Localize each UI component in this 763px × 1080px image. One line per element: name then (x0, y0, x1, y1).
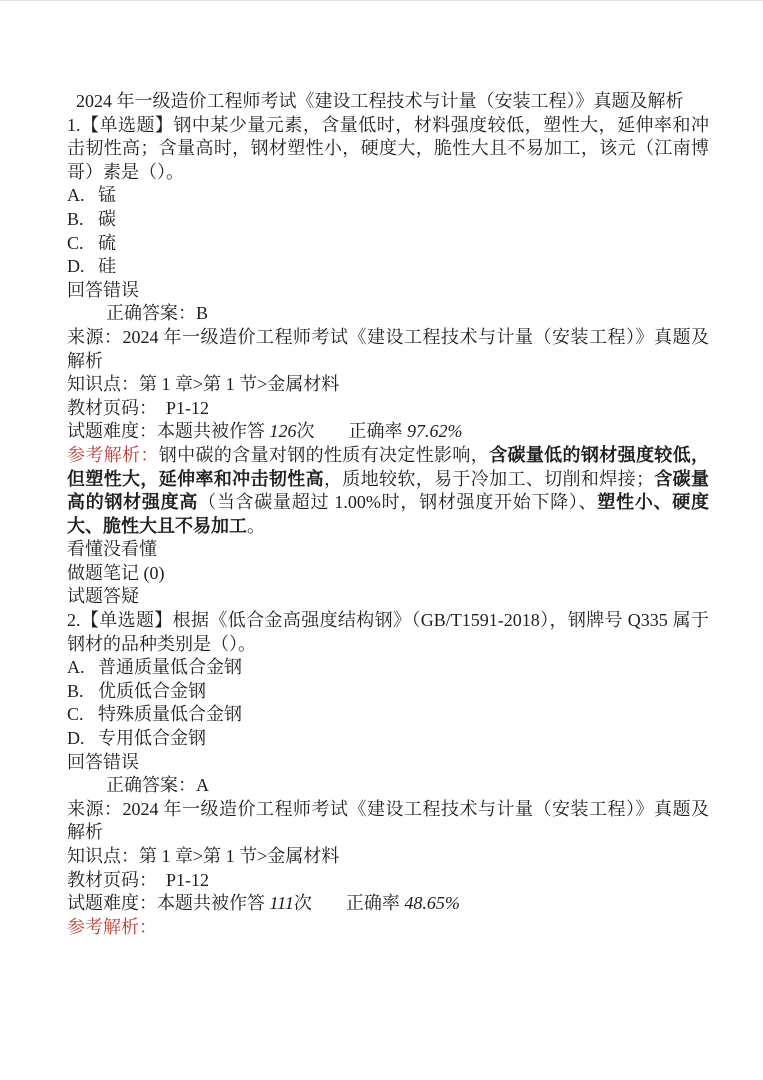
option-label: C. (67, 232, 98, 256)
option-label: C. (67, 703, 98, 727)
answer-status: 回答错误 (67, 751, 709, 775)
accuracy-value: 97.62% (407, 421, 463, 441)
option-row: D.硅 (67, 255, 709, 279)
option-row: A.普通质量低合金钢 (67, 656, 709, 680)
source-line: 来源：2024 年一级造价工程师考试《建设工程技术与计量（安装工程）》真题及解析 (67, 798, 709, 845)
textbook-line: 教材页码：P1-12 (67, 397, 709, 421)
correct-answer-line: 正确答案：B (67, 302, 709, 326)
knowledge-label: 知识点： (67, 374, 139, 394)
knowledge-path: 第 1 章>第 1 节>金属材料 (139, 846, 339, 866)
option-label: A. (67, 656, 98, 680)
correct-answer-label: 正确答案： (106, 775, 196, 795)
option-text: 普通质量低合金钢 (98, 657, 242, 677)
document-title: 2024 年一级造价工程师考试《建设工程技术与计量（安装工程）》真题及解析 (67, 90, 709, 114)
difficulty-line: 试题难度：本题共被作答 111次正确率 48.65% (67, 892, 709, 916)
option-text: 特殊质量低合金钢 (98, 704, 242, 724)
option-label: D. (67, 727, 98, 751)
option-text: 专用低合金钢 (98, 728, 206, 748)
analysis-label: 参考解析： (67, 445, 159, 465)
source-line: 来源：2024 年一级造价工程师考试《建设工程技术与计量（安装工程）》真题及解析 (67, 326, 709, 373)
textbook-label: 教材页码： (67, 398, 157, 418)
action-link[interactable]: 试题答疑 (67, 585, 709, 609)
option-row: B.优质低合金钢 (67, 680, 709, 704)
textbook-pages: P1-12 (166, 870, 209, 890)
source-label: 来源： (67, 327, 123, 347)
document-page: 2024 年一级造价工程师考试《建设工程技术与计量（安装工程）》真题及解析 1.… (0, 0, 763, 1080)
option-row: C.硫 (67, 232, 709, 256)
answer-status: 回答错误 (67, 279, 709, 303)
question-stem: 2.【单选题】根据《低合金高强度结构钢》（GB/T1591-2018），钢牌号 … (67, 609, 709, 656)
difficulty-label: 试题难度： (67, 893, 157, 913)
attempts-count: 111 (270, 893, 294, 913)
option-label: B. (67, 208, 98, 232)
analysis-run: ，质地较软，易于冷加工、切削和焊接； (324, 469, 654, 489)
analysis-run: （当含碳量超过 1.00%时，钢材强度开始下降）、 (198, 492, 597, 512)
question-block: 2.【单选题】根据《低合金高强度结构钢》（GB/T1591-2018），钢牌号 … (67, 609, 709, 939)
option-label: A. (67, 184, 98, 208)
knowledge-line: 知识点：第 1 章>第 1 节>金属材料 (67, 373, 709, 397)
accuracy-prefix: 正确率 (346, 893, 405, 913)
textbook-label: 教材页码： (67, 870, 157, 890)
correct-answer-label: 正确答案： (106, 303, 196, 323)
option-text: 硅 (98, 256, 116, 276)
knowledge-line: 知识点：第 1 章>第 1 节>金属材料 (67, 845, 709, 869)
question-stem: 1.【单选题】钢中某少量元素，含量低时，材料强度较低，塑性大，延伸率和冲击韧性高… (67, 114, 709, 185)
question-number: 1. (67, 115, 81, 135)
question-type-tag: 【单选题】 (81, 115, 174, 135)
attempts-unit: 次 (294, 893, 312, 913)
correct-answer-value: B (196, 303, 208, 323)
option-row: D.专用低合金钢 (67, 727, 709, 751)
action-link[interactable]: 做题笔记 (0) (67, 562, 709, 586)
attempts-count: 126 (270, 421, 297, 441)
accuracy-value: 48.65% (404, 893, 460, 913)
difficulty-label: 试题难度： (67, 421, 157, 441)
attempts-unit: 次 (297, 421, 315, 441)
correct-answer-value: A (196, 775, 209, 795)
option-label: B. (67, 680, 98, 704)
questions-list: 1.【单选题】钢中某少量元素，含量低时，材料强度较低，塑性大，延伸率和冲击韧性高… (67, 114, 709, 940)
analysis-text: 钢中碳的含量对钢的性质有决定性影响，含碳量低的钢材强度较低，但塑性大，延伸率和冲… (67, 445, 709, 536)
analysis-label: 参考解析： (67, 917, 157, 937)
accuracy-prefix: 正确率 (349, 421, 408, 441)
action-links: 看懂没看懂做题笔记 (0)试题答疑 (67, 538, 709, 609)
option-text: 锰 (98, 185, 116, 205)
correct-answer-line: 正确答案：A (67, 774, 709, 798)
option-label: D. (67, 255, 98, 279)
analysis-paragraph: 参考解析：钢中碳的含量对钢的性质有决定性影响，含碳量低的钢材强度较低，但塑性大，… (67, 444, 709, 538)
option-row: A.锰 (67, 184, 709, 208)
options-list: A.普通质量低合金钢B.优质低合金钢C.特殊质量低合金钢D.专用低合金钢 (67, 656, 709, 750)
difficulty-line: 试题难度：本题共被作答 126次正确率 97.62% (67, 420, 709, 444)
knowledge-path: 第 1 章>第 1 节>金属材料 (139, 374, 339, 394)
question-type-tag: 【单选题】 (81, 610, 173, 630)
option-text: 优质低合金钢 (98, 681, 206, 701)
option-text: 硫 (98, 233, 116, 253)
analysis-paragraph: 参考解析： (67, 916, 709, 940)
question-number: 2. (67, 610, 81, 630)
question-block: 1.【单选题】钢中某少量元素，含量低时，材料强度较低，塑性大，延伸率和冲击韧性高… (67, 114, 709, 609)
options-list: A.锰B.碳C.硫D.硅 (67, 184, 709, 278)
textbook-pages: P1-12 (166, 398, 209, 418)
analysis-run: 。 (247, 516, 265, 536)
analysis-run: 钢中碳的含量对钢的性质有决定性影响， (159, 445, 489, 465)
source-text: 2024 年一级造价工程师考试《建设工程技术与计量（安装工程）》真题及解析 (67, 327, 709, 371)
textbook-line: 教材页码：P1-12 (67, 869, 709, 893)
option-row: C.特殊质量低合金钢 (67, 703, 709, 727)
attempts-prefix: 本题共被作答 (157, 421, 270, 441)
option-row: B.碳 (67, 208, 709, 232)
option-text: 碳 (98, 209, 116, 229)
attempts-prefix: 本题共被作答 (157, 893, 270, 913)
source-text: 2024 年一级造价工程师考试《建设工程技术与计量（安装工程）》真题及解析 (67, 799, 709, 843)
document-content: 2024 年一级造价工程师考试《建设工程技术与计量（安装工程）》真题及解析 1.… (67, 90, 709, 939)
source-label: 来源： (67, 799, 123, 819)
knowledge-label: 知识点： (67, 846, 139, 866)
action-link[interactable]: 看懂没看懂 (67, 538, 709, 562)
